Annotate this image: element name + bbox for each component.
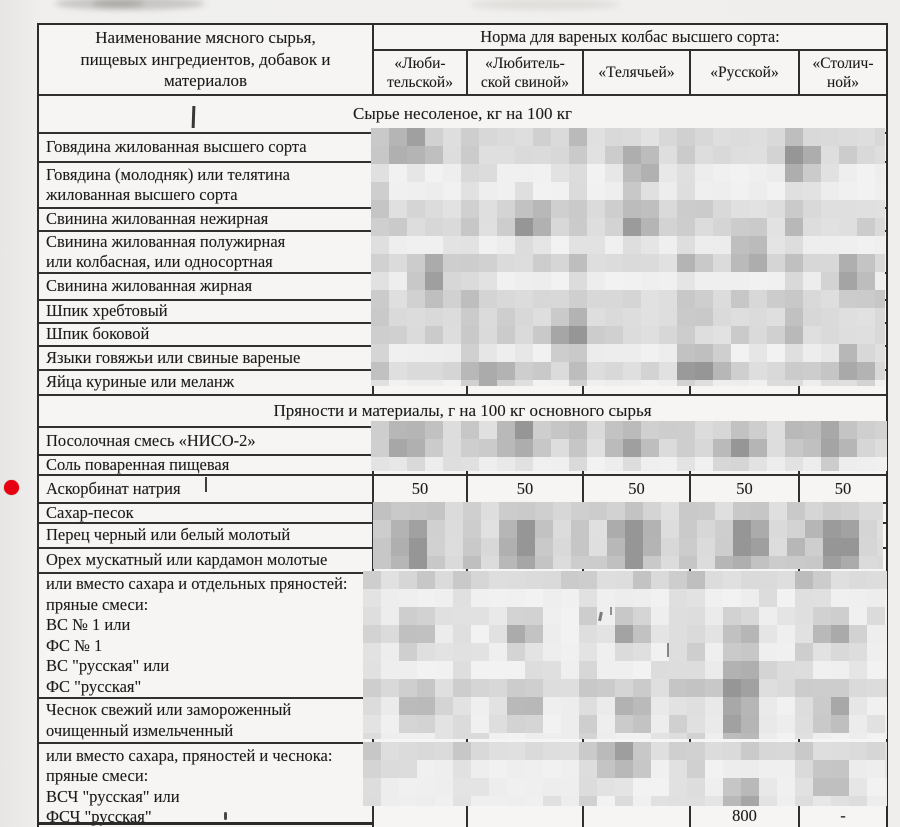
value-cell: 50	[689, 476, 798, 502]
value-cell: 50	[582, 476, 689, 502]
row-label: Посолочная смесь «НИСО-2»	[39, 428, 372, 454]
row-label: Соль поваренная пищевая	[39, 456, 372, 474]
row-label: или вместо сахара и отдельных пряностей:…	[39, 574, 372, 697]
scan-smudge	[92, 0, 144, 7]
redaction-mosaic	[371, 128, 885, 386]
scanned-document-page: Наименование мясного сырья, пищевых ингр…	[0, 0, 900, 827]
redaction-mosaic	[363, 571, 887, 739]
value-cell: 50	[372, 476, 466, 502]
names-column-header: Наименование мясного сырья, пищевых ингр…	[39, 25, 372, 94]
scan-smudge	[470, 0, 620, 10]
value-cell: 50	[798, 476, 886, 502]
row-label: Свинина жилованная нежирная	[39, 209, 372, 230]
ink-mark	[667, 643, 669, 657]
column-header-lyubitelskoy: «Люби- тельской»	[374, 51, 466, 94]
row-label: Перец черный или белый молотый	[39, 524, 372, 547]
row-label: Шпик хребтовый	[39, 301, 372, 322]
column-header-russkoy: «Русской»	[689, 51, 798, 94]
row-label: Сахар-песок	[39, 504, 372, 522]
row-label: Орех мускатный или кардамон молотые	[39, 549, 372, 572]
column-header-stolichnoy: «Столич- ной»	[798, 51, 886, 94]
attention-marker-dot	[4, 480, 19, 495]
table-row: Аскорбинат натрия5050505050	[39, 474, 886, 502]
norm-title: Норма для вареных колбас высшего сорта:	[374, 25, 886, 51]
row-label: или вместо сахара, пряностей и чеснока: …	[39, 744, 372, 827]
redaction-mosaic	[373, 502, 883, 569]
ink-mark	[610, 607, 612, 615]
redaction-mosaic	[371, 421, 887, 471]
row-label: Говядина жилованная высшего сорта	[39, 134, 372, 161]
row-label: Языки говяжьи или свиные вареные	[39, 347, 372, 369]
table-bottom-border-segment	[37, 822, 374, 825]
redaction-mosaic	[363, 742, 887, 806]
ink-mark	[224, 812, 227, 820]
column-header-telyachey: «Телячьей»	[582, 51, 689, 94]
value-cell: 50	[466, 476, 582, 502]
norm-columns-header: Норма для вареных колбас высшего сорта: …	[372, 25, 886, 94]
section-header-row: Сырье несоленое, кг на 100 кг	[39, 94, 886, 132]
row-label: Говядина (молодняк) или телятина жилован…	[39, 163, 372, 207]
norm-subcolumns: «Люби- тельской» «Любитель- ской свиной»…	[374, 51, 886, 94]
row-label: Свинина жилованная жирная	[39, 274, 372, 299]
row-label: Яйца куриные или меланж	[39, 371, 372, 394]
row-label: Шпик боковой	[39, 324, 372, 345]
column-header-lyubitelskoy-svinoy: «Любитель- ской свиной»	[466, 51, 582, 94]
row-label: Чеснок свежий или замороженный очищенный…	[39, 699, 372, 742]
row-label: Свинина жилованная полужирная или колбас…	[39, 232, 372, 272]
ink-mark	[205, 477, 207, 492]
table-header: Наименование мясного сырья, пищевых ингр…	[39, 25, 886, 94]
